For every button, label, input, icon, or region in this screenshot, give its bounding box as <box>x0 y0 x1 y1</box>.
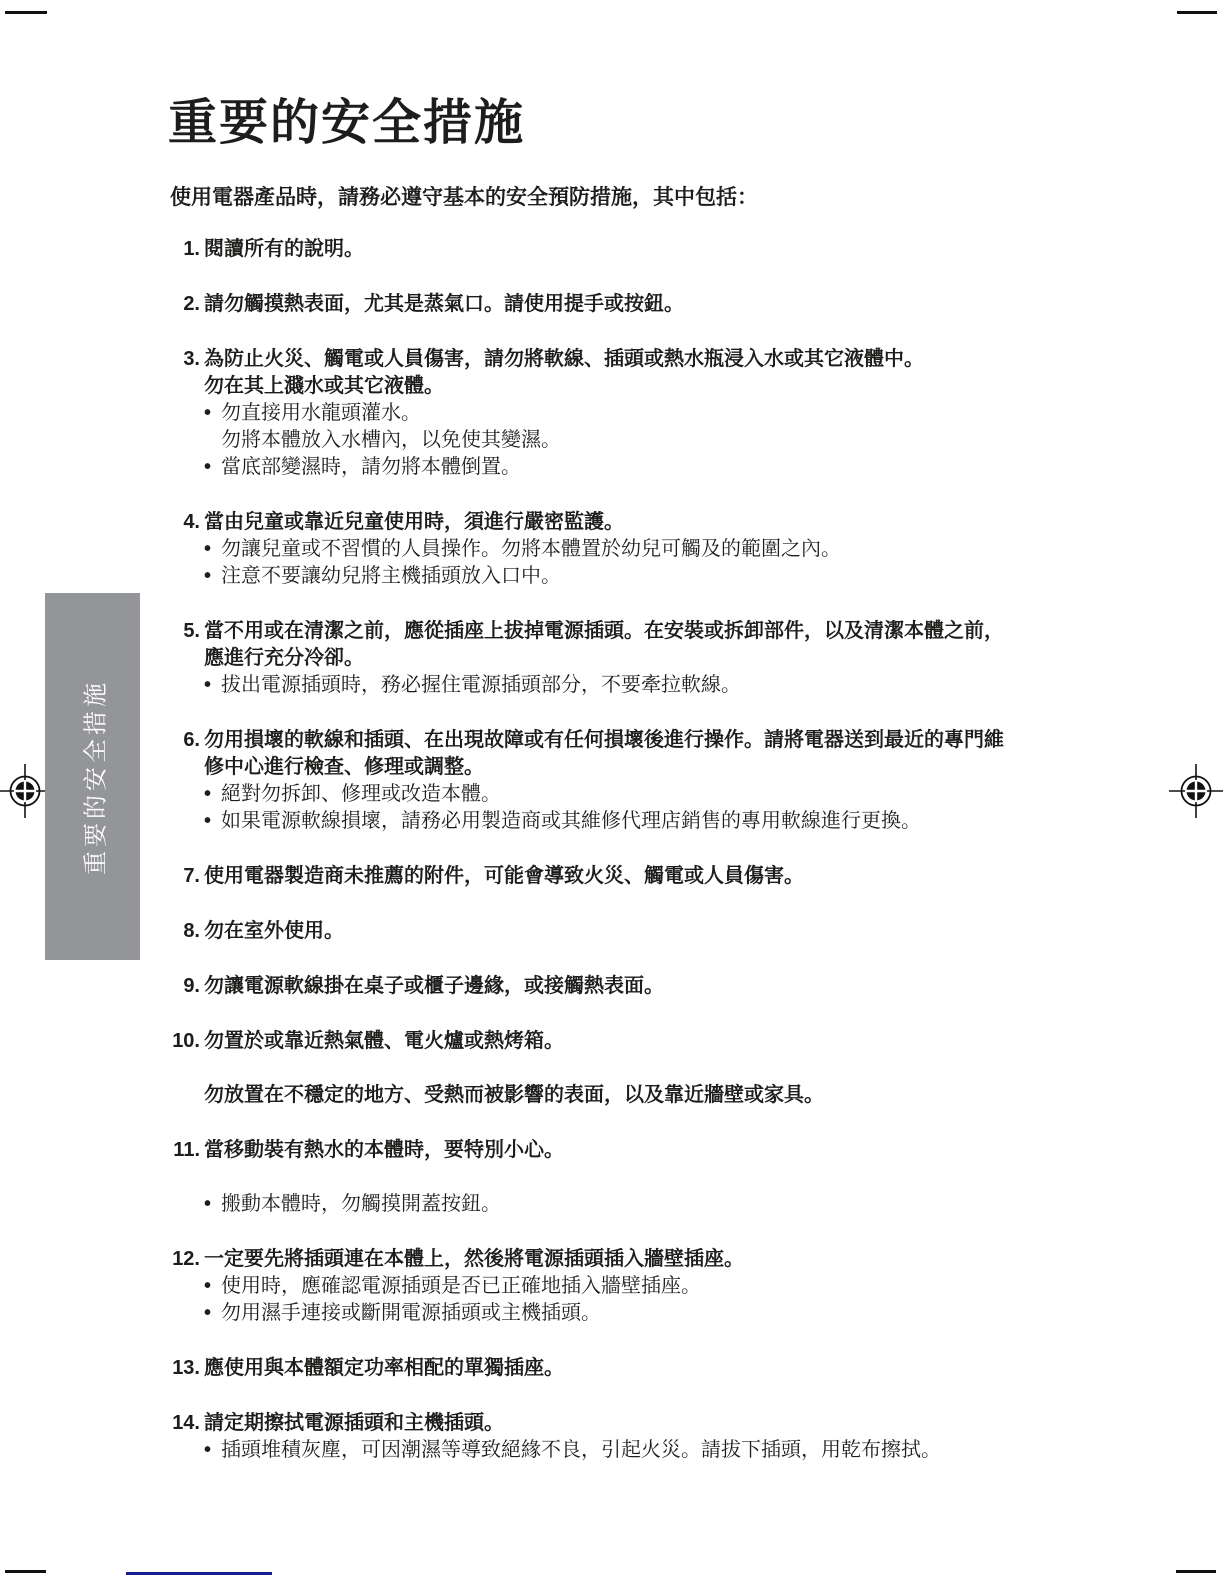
crop-mark-top-right-icon <box>1177 11 1217 14</box>
safety-line-text: 勿讓兒童或不習慣的人員操作。勿將本體置於幼兒可觸及的範圍之內。 <box>221 536 841 563</box>
safety-line-text: 一定要先將插頭連在本體上，然後將電源插頭插入牆壁插座。 <box>204 1246 1180 1273</box>
safety-line-text: 勿將本體放入水槽內，以免使其變濕。 <box>204 427 1180 454</box>
crop-mark-top-left-icon <box>5 11 47 14</box>
bullet-icon: • <box>204 400 221 427</box>
safety-bullet-line: •注意不要讓幼兒將主機插頭放入口中。 <box>204 563 1180 590</box>
safety-item-number: 6. <box>170 727 200 835</box>
safety-bullet-line: •搬動本體時，勿觸摸開蓋按鈕。 <box>204 1191 1180 1218</box>
safety-line-text: 勿在其上濺水或其它液體。 <box>204 373 1180 400</box>
crop-mark-bottom-left-icon <box>5 1570 46 1573</box>
safety-line-text: 當由兒童或靠近兒童使用時，須進行嚴密監護。 <box>204 509 1180 536</box>
safety-line-text: 注意不要讓幼兒將主機插頭放入口中。 <box>221 563 561 590</box>
page-title: 重要的安全措施 <box>168 97 525 151</box>
bullet-icon: • <box>204 536 221 563</box>
line-spacer <box>204 1164 1180 1191</box>
safety-line-text: 修中心進行檢查、修理或調整。 <box>204 754 1180 781</box>
safety-line-text: 應使用與本體額定功率相配的單獨插座。 <box>204 1355 1180 1382</box>
safety-item-number: 10. <box>170 1028 200 1109</box>
bullet-icon: • <box>204 1191 221 1218</box>
bullet-icon: • <box>204 1273 221 1300</box>
safety-item: 3.為防止火災、觸電或人員傷害，請勿將軟線、插頭或熱水瓶浸入水或其它液體中。勿在… <box>170 346 1180 481</box>
safety-item: 12.一定要先將插頭連在本體上，然後將電源插頭插入牆壁插座。•使用時，應確認電源… <box>170 1246 1180 1327</box>
manual-page: 重要的安全措施 重要的安全措施 使用電器產品時，請務必遵守基本的安全預防措施，其… <box>0 0 1224 1584</box>
bottom-blue-rule <box>126 1572 272 1575</box>
safety-line-text: 使用時，應確認電源插頭是否已正確地插入牆壁插座。 <box>221 1273 701 1300</box>
bullet-icon: • <box>204 1437 221 1464</box>
safety-line-text: 當底部變濕時，請勿將本體倒置。 <box>221 454 521 481</box>
safety-line-text: 當移動裝有熱水的本體時，要特別小心。 <box>204 1137 1180 1164</box>
safety-bullet-line: •勿用濕手連接或斷開電源插頭或主機插頭。 <box>204 1300 1180 1327</box>
safety-item: 13.應使用與本體額定功率相配的單獨插座。 <box>170 1355 1180 1382</box>
safety-item-number: 3. <box>170 346 200 481</box>
safety-item: 9.勿讓電源軟線掛在桌子或櫃子邊緣，或接觸熱表面。 <box>170 973 1180 1000</box>
safety-item-number: 2. <box>170 291 200 318</box>
safety-bullet-line: •勿直接用水龍頭灌水。 <box>204 400 1180 427</box>
safety-line-text: 勿在室外使用。 <box>204 918 1180 945</box>
safety-line-text: 當不用或在清潔之前，應從插座上拔掉電源插頭。在安裝或拆卸部件，以及清潔本體之前， <box>204 618 1180 645</box>
bullet-icon: • <box>204 454 221 481</box>
safety-item-number: 1. <box>170 236 200 263</box>
safety-bullet-line: •當底部變濕時，請勿將本體倒置。 <box>204 454 1180 481</box>
safety-line-text: 勿置於或靠近熱氣體、電火爐或熱烤箱。 <box>204 1028 1180 1055</box>
safety-item: 8.勿在室外使用。 <box>170 918 1180 945</box>
safety-line-text: 拔出電源插頭時，務必握住電源插頭部分，不要牽拉軟線。 <box>221 672 741 699</box>
safety-line-text: 閱讀所有的說明。 <box>204 236 1180 263</box>
bullet-icon: • <box>204 563 221 590</box>
safety-item-body: 勿用損壞的軟線和插頭、在出現故障或有任何損壞後進行操作。請將電器送到最近的專門維… <box>204 727 1180 835</box>
safety-line-text: 勿讓電源軟線掛在桌子或櫃子邊緣，或接觸熱表面。 <box>204 973 1180 1000</box>
safety-item-number: 8. <box>170 918 200 945</box>
safety-item: 14.請定期擦拭電源插頭和主機插頭。•插頭堆積灰塵，可因潮濕等導致絕緣不良，引起… <box>170 1410 1180 1464</box>
safety-bullet-line: •拔出電源插頭時，務必握住電源插頭部分，不要牽拉軟線。 <box>204 672 1180 699</box>
safety-item: 6.勿用損壞的軟線和插頭、在出現故障或有任何損壞後進行操作。請將電器送到最近的專… <box>170 727 1180 835</box>
safety-item-number: 7. <box>170 863 200 890</box>
safety-bullet-line: •插頭堆積灰塵，可因潮濕等導致絕緣不良，引起火災。請拔下插頭，用乾布擦拭。 <box>204 1437 1180 1464</box>
safety-item-number: 13. <box>170 1355 200 1382</box>
bullet-icon: • <box>204 808 221 835</box>
safety-line-text: 如果電源軟線損壞，請務必用製造商或其維修代理店銷售的專用軟線進行更換。 <box>221 808 921 835</box>
safety-line-text: 使用電器製造商未推薦的附件，可能會導致火災、觸電或人員傷害。 <box>204 863 1180 890</box>
safety-line-text: 為防止火災、觸電或人員傷害，請勿將軟線、插頭或熱水瓶浸入水或其它液體中。 <box>204 346 1180 373</box>
chapter-side-tab: 重要的安全措施 <box>45 593 140 960</box>
safety-item: 1.閱讀所有的說明。 <box>170 236 1180 263</box>
safety-line-text: 請定期擦拭電源插頭和主機插頭。 <box>204 1410 1180 1437</box>
chapter-side-tab-label: 重要的安全措施 <box>75 679 110 875</box>
safety-item-body: 一定要先將插頭連在本體上，然後將電源插頭插入牆壁插座。•使用時，應確認電源插頭是… <box>204 1246 1180 1327</box>
safety-item-body: 當不用或在清潔之前，應從插座上拔掉電源插頭。在安裝或拆卸部件，以及清潔本體之前，… <box>204 618 1180 699</box>
safety-item-number: 9. <box>170 973 200 1000</box>
safety-item-body: 勿在室外使用。 <box>204 918 1180 945</box>
intro-text: 使用電器產品時，請務必遵守基本的安全預防措施，其中包括： <box>170 184 758 211</box>
safety-bullet-line: •使用時，應確認電源插頭是否已正確地插入牆壁插座。 <box>204 1273 1180 1300</box>
safety-item-body: 勿置於或靠近熱氣體、電火爐或熱烤箱。勿放置在不穩定的地方、受熱而被影響的表面，以… <box>204 1028 1180 1109</box>
safety-item-body: 當移動裝有熱水的本體時，要特別小心。•搬動本體時，勿觸摸開蓋按鈕。 <box>204 1137 1180 1218</box>
safety-item-body: 使用電器製造商未推薦的附件，可能會導致火災、觸電或人員傷害。 <box>204 863 1180 890</box>
safety-instructions-list: 1.閱讀所有的說明。2.請勿觸摸熱表面，尤其是蒸氣口。請使用提手或按鈕。3.為防… <box>170 236 1180 1492</box>
safety-item-body: 勿讓電源軟線掛在桌子或櫃子邊緣，或接觸熱表面。 <box>204 973 1180 1000</box>
safety-item-body: 閱讀所有的說明。 <box>204 236 1180 263</box>
safety-item-body: 請定期擦拭電源插頭和主機插頭。•插頭堆積灰塵，可因潮濕等導致絕緣不良，引起火災。… <box>204 1410 1180 1464</box>
safety-item-number: 12. <box>170 1246 200 1327</box>
safety-item: 10.勿置於或靠近熱氣體、電火爐或熱烤箱。勿放置在不穩定的地方、受熱而被影響的表… <box>170 1028 1180 1109</box>
bullet-icon: • <box>204 781 221 808</box>
safety-line-text: 絕對勿拆卸、修理或改造本體。 <box>221 781 501 808</box>
safety-line-text: 應進行充分冷卻。 <box>204 645 1180 672</box>
crop-mark-bottom-right-icon <box>1176 1570 1216 1573</box>
safety-item-number: 4. <box>170 509 200 590</box>
safety-line-text: 勿放置在不穩定的地方、受熱而被影響的表面，以及靠近牆壁或家具。 <box>204 1082 1180 1109</box>
safety-bullet-line: •如果電源軟線損壞，請務必用製造商或其維修代理店銷售的專用軟線進行更換。 <box>204 808 1180 835</box>
safety-item-body: 當由兒童或靠近兒童使用時，須進行嚴密監護。•勿讓兒童或不習慣的人員操作。勿將本體… <box>204 509 1180 590</box>
safety-item-body: 應使用與本體額定功率相配的單獨插座。 <box>204 1355 1180 1382</box>
safety-line-text: 勿直接用水龍頭灌水。 <box>221 400 421 427</box>
safety-item-number: 5. <box>170 618 200 699</box>
safety-line-text: 勿用濕手連接或斷開電源插頭或主機插頭。 <box>221 1300 601 1327</box>
safety-item: 2.請勿觸摸熱表面，尤其是蒸氣口。請使用提手或按鈕。 <box>170 291 1180 318</box>
safety-item: 4.當由兒童或靠近兒童使用時，須進行嚴密監護。•勿讓兒童或不習慣的人員操作。勿將… <box>170 509 1180 590</box>
safety-line-text: 勿用損壞的軟線和插頭、在出現故障或有任何損壞後進行操作。請將電器送到最近的專門維 <box>204 727 1180 754</box>
safety-item-body: 為防止火災、觸電或人員傷害，請勿將軟線、插頭或熱水瓶浸入水或其它液體中。勿在其上… <box>204 346 1180 481</box>
safety-bullet-line: •絕對勿拆卸、修理或改造本體。 <box>204 781 1180 808</box>
safety-line-text: 插頭堆積灰塵，可因潮濕等導致絕緣不良，引起火災。請拔下插頭，用乾布擦拭。 <box>221 1437 941 1464</box>
safety-item-body: 請勿觸摸熱表面，尤其是蒸氣口。請使用提手或按鈕。 <box>204 291 1180 318</box>
line-spacer <box>204 1055 1180 1082</box>
bullet-icon: • <box>204 672 221 699</box>
bullet-icon: • <box>204 1300 221 1327</box>
safety-item: 5.當不用或在清潔之前，應從插座上拔掉電源插頭。在安裝或拆卸部件，以及清潔本體之… <box>170 618 1180 699</box>
safety-item: 7.使用電器製造商未推薦的附件，可能會導致火災、觸電或人員傷害。 <box>170 863 1180 890</box>
safety-item: 11.當移動裝有熱水的本體時，要特別小心。•搬動本體時，勿觸摸開蓋按鈕。 <box>170 1137 1180 1218</box>
safety-line-text: 搬動本體時，勿觸摸開蓋按鈕。 <box>221 1191 501 1218</box>
safety-item-number: 14. <box>170 1410 200 1464</box>
safety-item-number: 11. <box>170 1137 200 1218</box>
safety-line-text: 請勿觸摸熱表面，尤其是蒸氣口。請使用提手或按鈕。 <box>204 291 1180 318</box>
safety-bullet-line: •勿讓兒童或不習慣的人員操作。勿將本體置於幼兒可觸及的範圍之內。 <box>204 536 1180 563</box>
